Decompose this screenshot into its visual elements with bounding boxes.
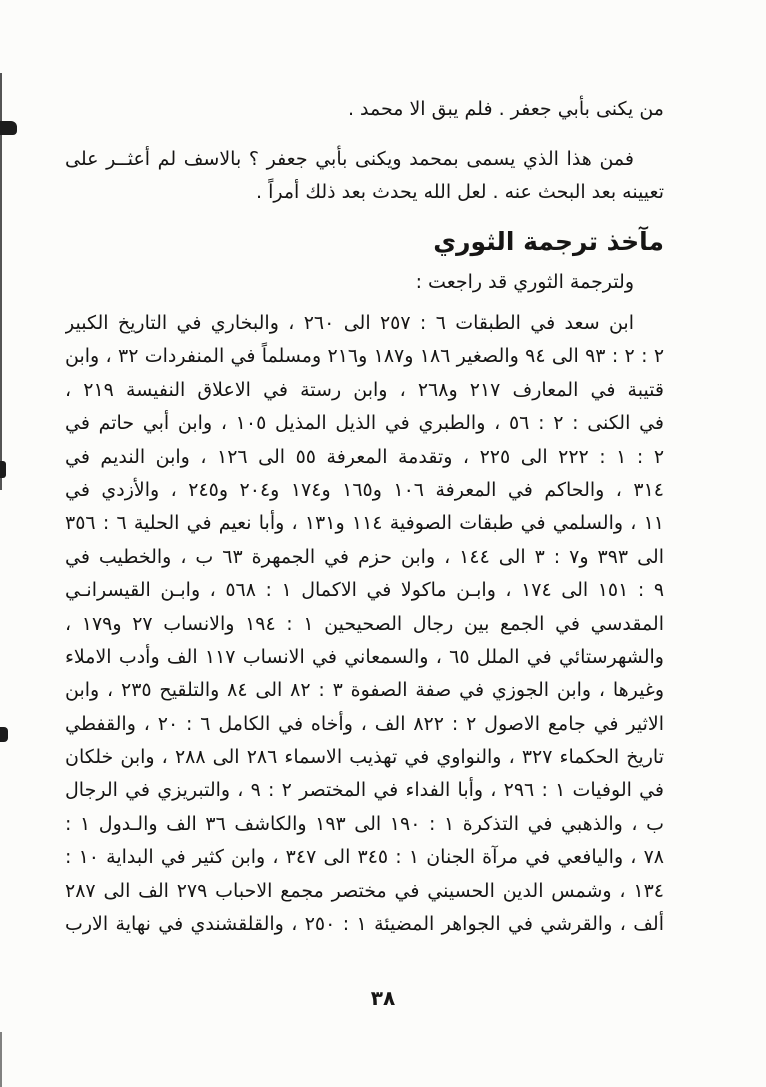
body-line: ٩ : ١٥١ الى ١٧٤ ، وابـن ماكولا في الاكما… [65, 574, 664, 607]
scan-artifact-left-tick-lower [0, 727, 8, 742]
body-line: قتيبة في المعارف ٢١٧ و٢٦٨ ، وابن رستة في… [65, 374, 664, 407]
body-line: ٧٨ ، واليافعي في مرآة الجنان ١ : ٣٤٥ الى… [65, 841, 664, 874]
paragraph-1: من يكنى بأبي جعفر . فلم يبق الا محمد . [65, 93, 664, 126]
body-line: ب ، والذهبي في التذكرة ١ : ١٩٠ الى ١٩٣ و… [65, 808, 664, 841]
body-line: الى ٣٩٣ و٧ : ٣ الى ١٤٤ ، وابن حزم في الج… [65, 541, 664, 574]
body-line: الاثير في جامع الاصول ٢ : ٨٢٢ الف ، وأخا… [65, 708, 664, 741]
body-line: والشهرستائي في الملل ٦٥ ، والسمعاني في ا… [65, 641, 664, 674]
scan-artifact-left-hairline-top [0, 73, 2, 490]
body-line: ٢ : ١ : ٢٢٢ الى ٢٢٥ ، وتقدمة المعرفة ٥٥ … [65, 441, 664, 474]
body-line: ألف ، والقرشي في الجواهر المضيئة ١ : ٢٥٠… [65, 908, 664, 941]
body-line: ابن سعد في الطبقات ٦ : ٢٥٧ الى ٢٦٠ ، وال… [65, 307, 664, 340]
section-heading: مآخذ ترجمة الثوري [65, 222, 664, 262]
body-line: المقدسي في الجمع بين رجال الصحيحين ١ : ١… [65, 608, 664, 641]
section-heading-block: مآخذ ترجمة الثوري [65, 222, 664, 262]
paragraph-line: فمن هذا الذي يسمى بمحمد ويكنى بأبي جعفر … [65, 143, 664, 176]
body-line: ٣١٤ ، والحاكم في المعرفة ١٠٦ و١٦٥ و١٧٤ و… [65, 474, 664, 507]
scan-artifact-left-hairline-bottom [0, 1032, 2, 1087]
body-line: ١١ ، والسلمي في طبقات الصوفية ١١٤ و١٣١ ،… [65, 507, 664, 540]
body-line: في الكنى : ٢ : ٥٦ ، والطبري في الذيل الم… [65, 407, 664, 440]
paragraph-2: فمن هذا الذي يسمى بمحمد ويكنى بأبي جعفر … [65, 143, 664, 210]
body-line: ١٣٤ ، وشمس الدين الحسيني في مختصر مجمع ا… [65, 875, 664, 908]
scan-artifact-left-tick-upper [0, 461, 6, 478]
section-intro: ولترجمة الثوري قد راجعت : [65, 266, 664, 299]
body-line: ٢ : ٢ : ٩٣ الى ٩٤ والصغير ١٨٦ و١٨٧ و٢١٦ … [65, 340, 664, 373]
body-line: في الوفيات ١ : ٢٩٦ ، وأبا الفداء في المخ… [65, 774, 664, 807]
body-line: تاريخ الحكماء ٣٢٧ ، والنواوي في تهذيب ال… [65, 741, 664, 774]
scan-artifact-left-dash [0, 121, 17, 135]
page-number: ٣٨ [0, 981, 766, 1015]
paragraph-line: من يكنى بأبي جعفر . فلم يبق الا محمد . [65, 93, 664, 126]
sources-paragraph: ابن سعد في الطبقات ٦ : ٢٥٧ الى ٢٦٠ ، وال… [65, 307, 664, 941]
paragraph-line: تعيينه بعد البحث عنه . لعل الله يحدث بعد… [65, 176, 664, 209]
section-intro-block: ولترجمة الثوري قد راجعت : [65, 266, 664, 299]
body-line: وغيرها ، وابن الجوزي في صفة الصفوة ٣ : ٨… [65, 674, 664, 707]
book-page: من يكنى بأبي جعفر . فلم يبق الا محمد . ف… [0, 0, 766, 1087]
